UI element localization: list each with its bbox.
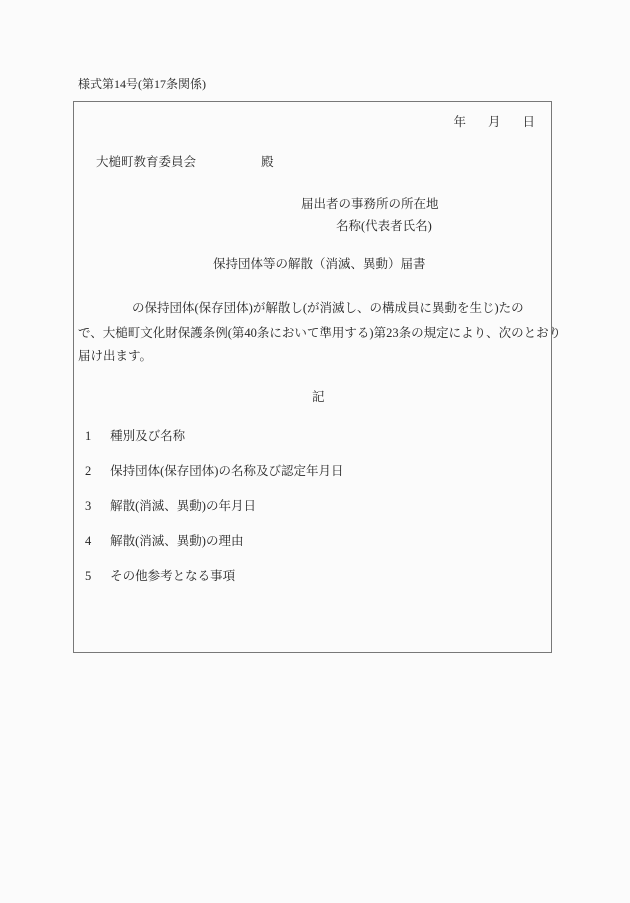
body-paragraph-line-3: 届け出ます。 xyxy=(78,348,152,365)
list-item-2: 2 保持団体(保存団体)の名称及び認定年月日 xyxy=(85,463,343,480)
list-item-label: その他参考となる事項 xyxy=(110,569,235,583)
document-page: 様式第14号(第17条関係) 年 月 日 大槌町教育委員会 殿 届出者の事務所の… xyxy=(0,0,630,903)
date-line: 年 月 日 xyxy=(453,114,535,131)
list-item-number: 5 xyxy=(85,568,107,585)
form-border-box: 年 月 日 大槌町教育委員会 殿 届出者の事務所の所在地 名称(代表者氏名) 保… xyxy=(73,101,552,653)
list-item-3: 3 解散(消滅、異動)の年月日 xyxy=(85,498,256,515)
list-item-label: 解散(消滅、異動)の年月日 xyxy=(110,499,256,513)
list-item-number: 1 xyxy=(85,428,107,445)
list-item-4: 4 解散(消滅、異動)の理由 xyxy=(85,533,243,550)
ki-heading: 記 xyxy=(312,389,325,406)
date-month-label: 月 xyxy=(488,114,501,131)
date-day-label: 日 xyxy=(522,114,535,131)
declarant-address-label: 届出者の事務所の所在地 xyxy=(301,196,439,213)
body-paragraph-line-2: で、大槌町文化財保護条例(第40条において準用する)第23条の規定により、次のと… xyxy=(78,325,561,342)
form-number: 様式第14号(第17条関係) xyxy=(78,76,206,92)
list-item-number: 3 xyxy=(85,498,107,515)
addressee-honorific: 殿 xyxy=(261,155,274,169)
addressee-line: 大槌町教育委員会 殿 xyxy=(96,154,274,171)
body-paragraph-line-1: の保持団体(保存団体)が解散し(が消滅し、の構成員に異動を生じ)たの xyxy=(132,300,524,317)
addressee-name: 大槌町教育委員会 xyxy=(96,155,196,169)
list-item-label: 解散(消滅、異動)の理由 xyxy=(110,534,243,548)
list-item-number: 4 xyxy=(85,533,107,550)
list-item-1: 1 種別及び名称 xyxy=(85,428,185,445)
list-item-5: 5 その他参考となる事項 xyxy=(85,568,235,585)
date-year-label: 年 xyxy=(453,114,466,131)
list-item-number: 2 xyxy=(85,463,107,480)
list-item-label: 保持団体(保存団体)の名称及び認定年月日 xyxy=(110,464,343,478)
list-item-label: 種別及び名称 xyxy=(110,429,185,443)
declarant-name-label: 名称(代表者氏名) xyxy=(336,218,432,235)
document-title: 保持団体等の解散（消滅、異動）届書 xyxy=(213,256,426,273)
